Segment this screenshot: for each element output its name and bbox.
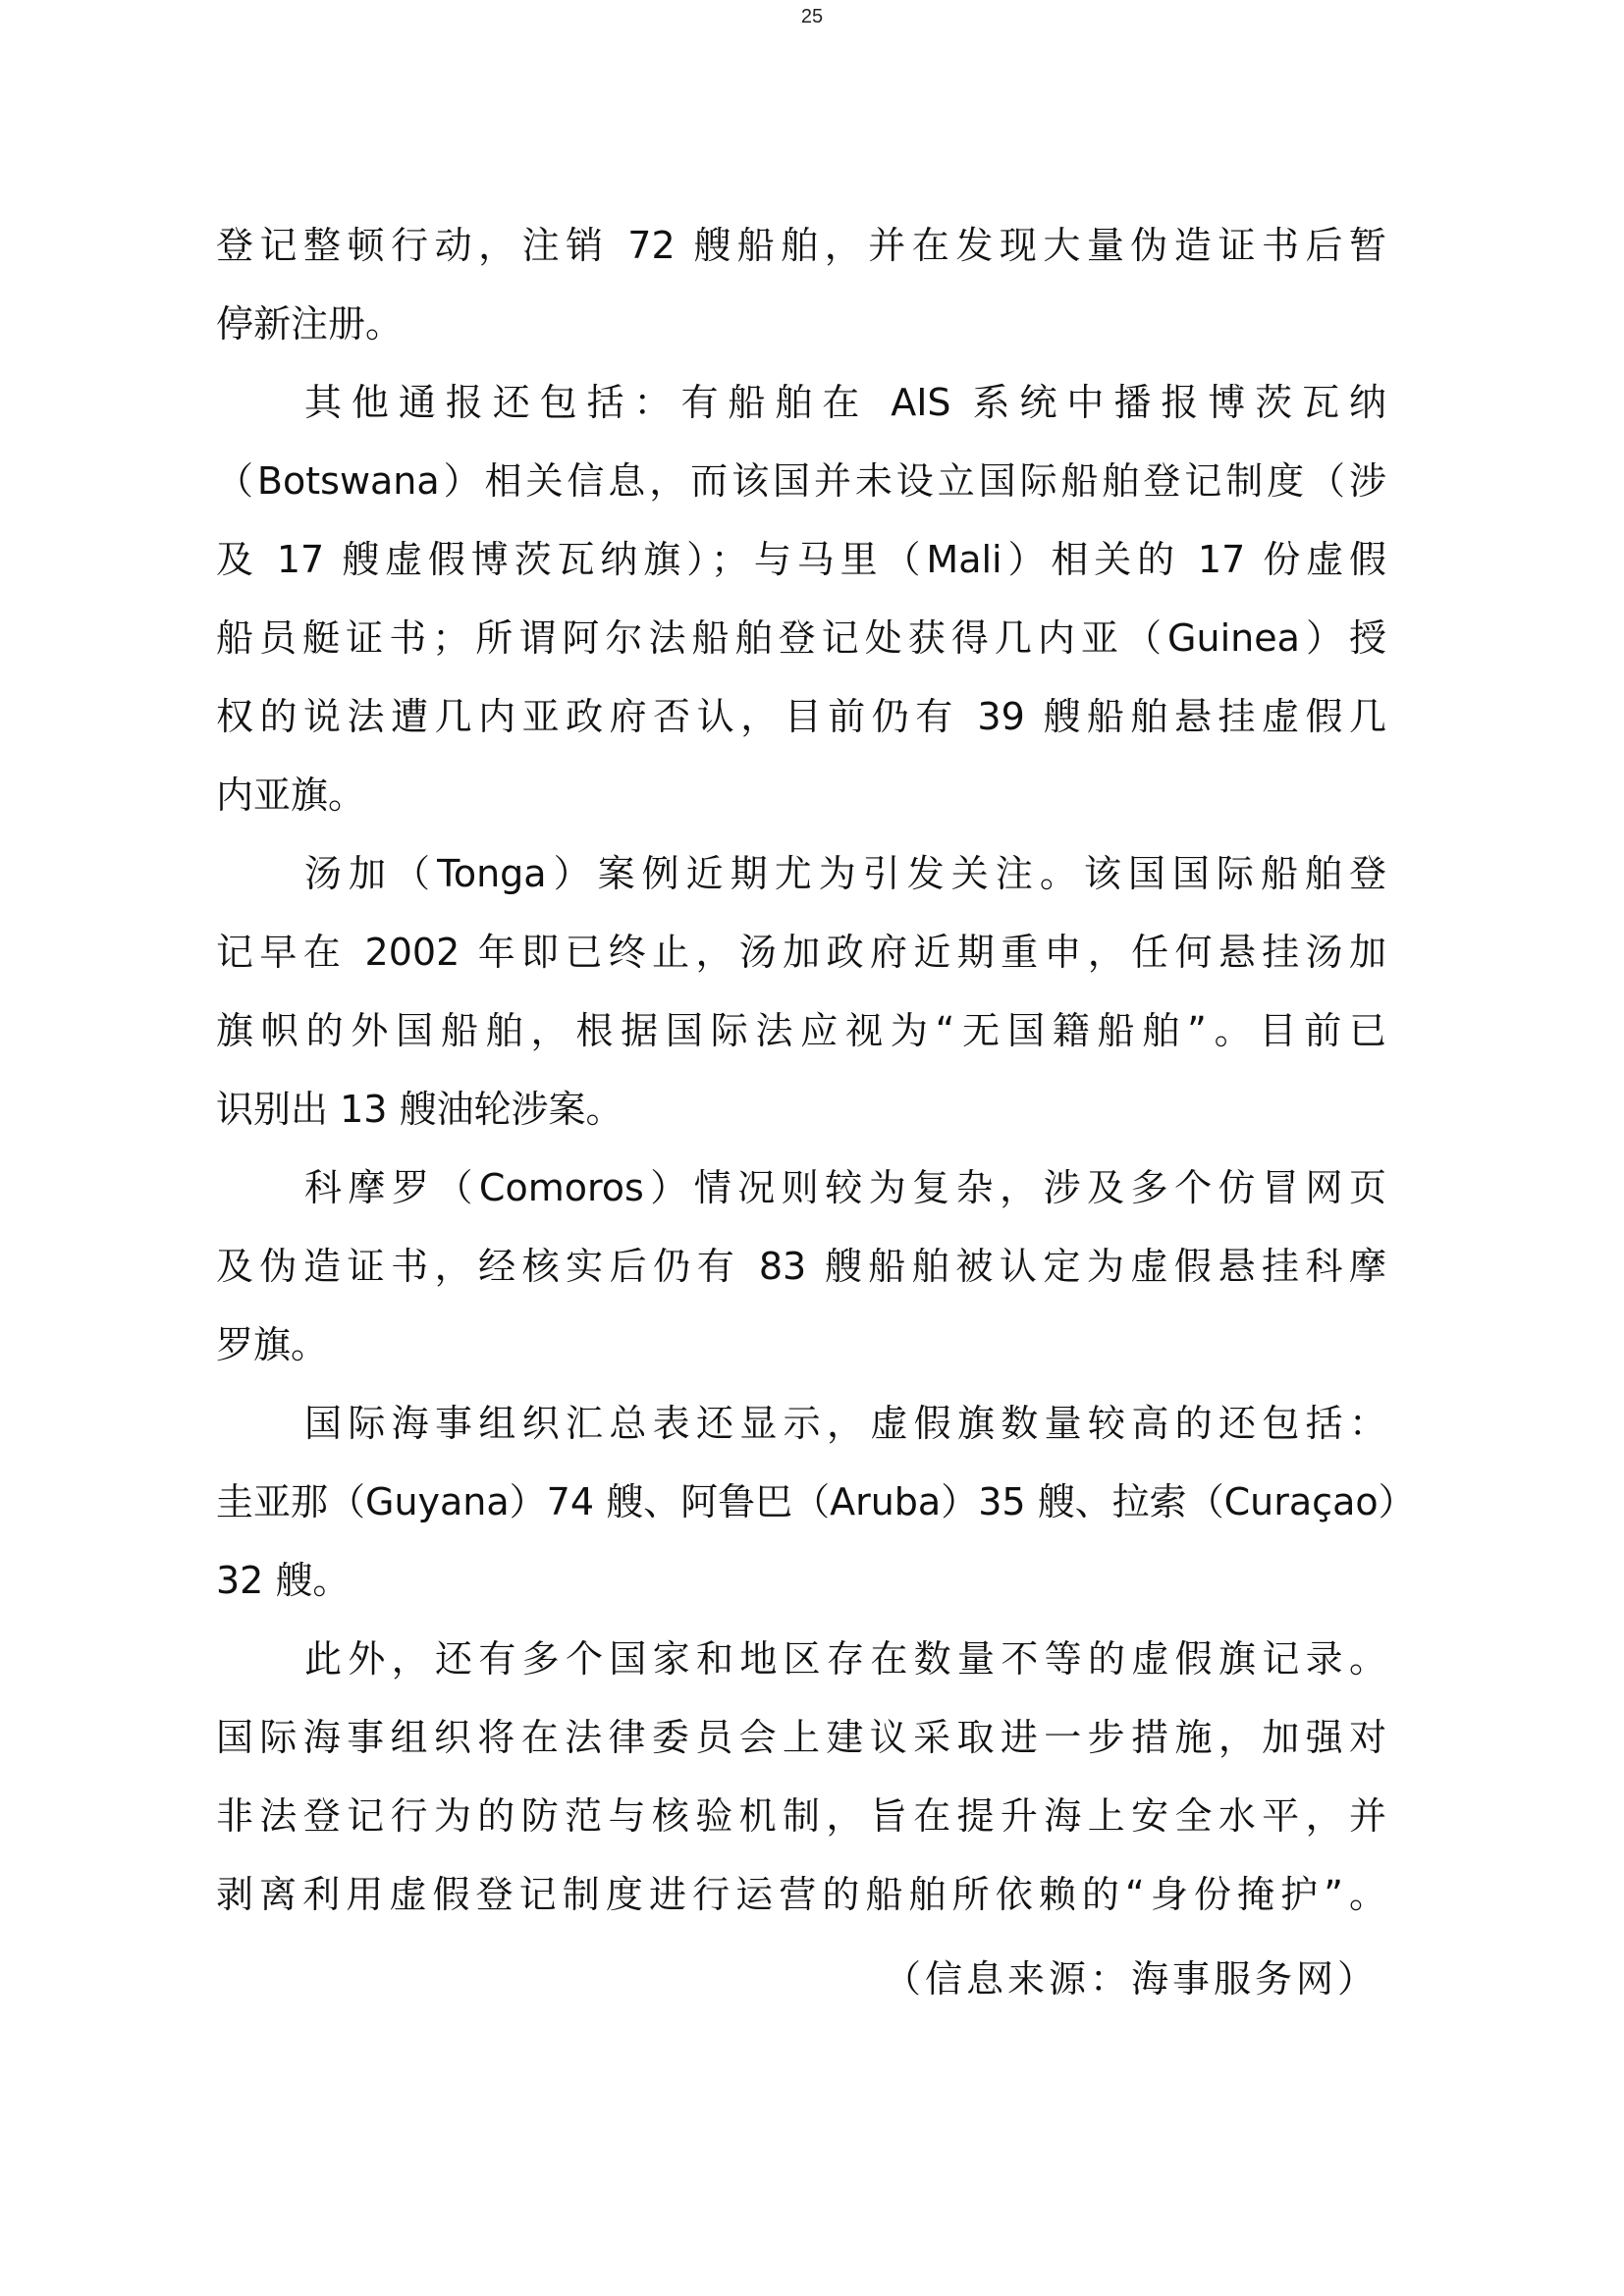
text-line: （Botswana）相关信息，而该国并未设立国际船舶登记制度（涉 xyxy=(216,454,1386,532)
text-line: 停新注册。 xyxy=(216,296,1386,375)
paragraph: 其他通报还包括：有船舶在 AIS 系统中播报博茨瓦纳 （Botswana）相关信… xyxy=(216,375,1386,846)
text-line: 非法登记行为的防范与核验机制，旨在提升海上安全水平，并 xyxy=(216,1789,1386,1867)
text-line: 登记整顿行动，注销 72 艘船舶，并在发现大量伪造证书后暂 xyxy=(216,218,1386,296)
paragraph: 此外，还有多个国家和地区存在数量不等的虚假旗记录。 国际海事组织将在法律委员会上… xyxy=(216,1631,1386,1946)
text-line: 圭亚那（Guyana）74 艘、阿鲁巴（Aruba）35 艘、拉索（Curaça… xyxy=(216,1474,1386,1553)
text-line: 国际海事组织将在法律委员会上建议采取进一步措施，加强对 xyxy=(216,1710,1386,1789)
article-body: 登记整顿行动，注销 72 艘船舶，并在发现大量伪造证书后暂 停新注册。 其他通报… xyxy=(216,218,1386,1946)
text-line: 此外，还有多个国家和地区存在数量不等的虚假旗记录。 xyxy=(216,1631,1386,1710)
paragraph: 汤加（Tonga）案例近期尤为引发关注。该国国际船舶登 记早在 2002 年即已… xyxy=(216,846,1386,1160)
text-line: 及 17 艘虚假博茨瓦纳旗）；与马里（Mali）相关的 17 份虚假 xyxy=(216,532,1386,611)
text-line: 记早在 2002 年即已终止，汤加政府近期重申，任何悬挂汤加 xyxy=(216,925,1386,1003)
text-line: 汤加（Tonga）案例近期尤为引发关注。该国国际船舶登 xyxy=(216,846,1386,925)
text-line: 罗旗。 xyxy=(216,1317,1386,1396)
paragraph: 登记整顿行动，注销 72 艘船舶，并在发现大量伪造证书后暂 停新注册。 xyxy=(216,218,1386,375)
text-line: 32 艘。 xyxy=(216,1553,1386,1631)
text-line: 科摩罗（Comoros）情况则较为复杂，涉及多个仿冒网页 xyxy=(216,1160,1386,1239)
text-line: 识别出 13 艘油轮涉案。 xyxy=(216,1082,1386,1160)
text-line: 剥离利用虚假登记制度进行运营的船舶所依赖的“身份掩护”。 xyxy=(216,1867,1386,1946)
text-line: 内亚旗。 xyxy=(216,768,1386,846)
text-line: 权的说法遭几内亚政府否认，目前仍有 39 艘船舶悬挂虚假几 xyxy=(216,689,1386,768)
source-note: （信息来源：海事服务网） xyxy=(884,1951,1375,2006)
text-line: 旗帜的外国船舶，根据国际法应视为“无国籍船舶”。目前已 xyxy=(216,1003,1386,1082)
text-line: 国际海事组织汇总表还显示，虚假旗数量较高的还包括： xyxy=(216,1396,1386,1474)
page-number: 25 xyxy=(0,6,1624,28)
text-line: 及伪造证书，经核实后仍有 83 艘船舶被认定为虚假悬挂科摩 xyxy=(216,1239,1386,1317)
paragraph: 科摩罗（Comoros）情况则较为复杂，涉及多个仿冒网页 及伪造证书，经核实后仍… xyxy=(216,1160,1386,1396)
paragraph: 国际海事组织汇总表还显示，虚假旗数量较高的还包括： 圭亚那（Guyana）74 … xyxy=(216,1396,1386,1631)
text-line: 其他通报还包括：有船舶在 AIS 系统中播报博茨瓦纳 xyxy=(216,375,1386,454)
text-line: 船员艇证书；所谓阿尔法船舶登记处获得几内亚（Guinea）授 xyxy=(216,611,1386,689)
